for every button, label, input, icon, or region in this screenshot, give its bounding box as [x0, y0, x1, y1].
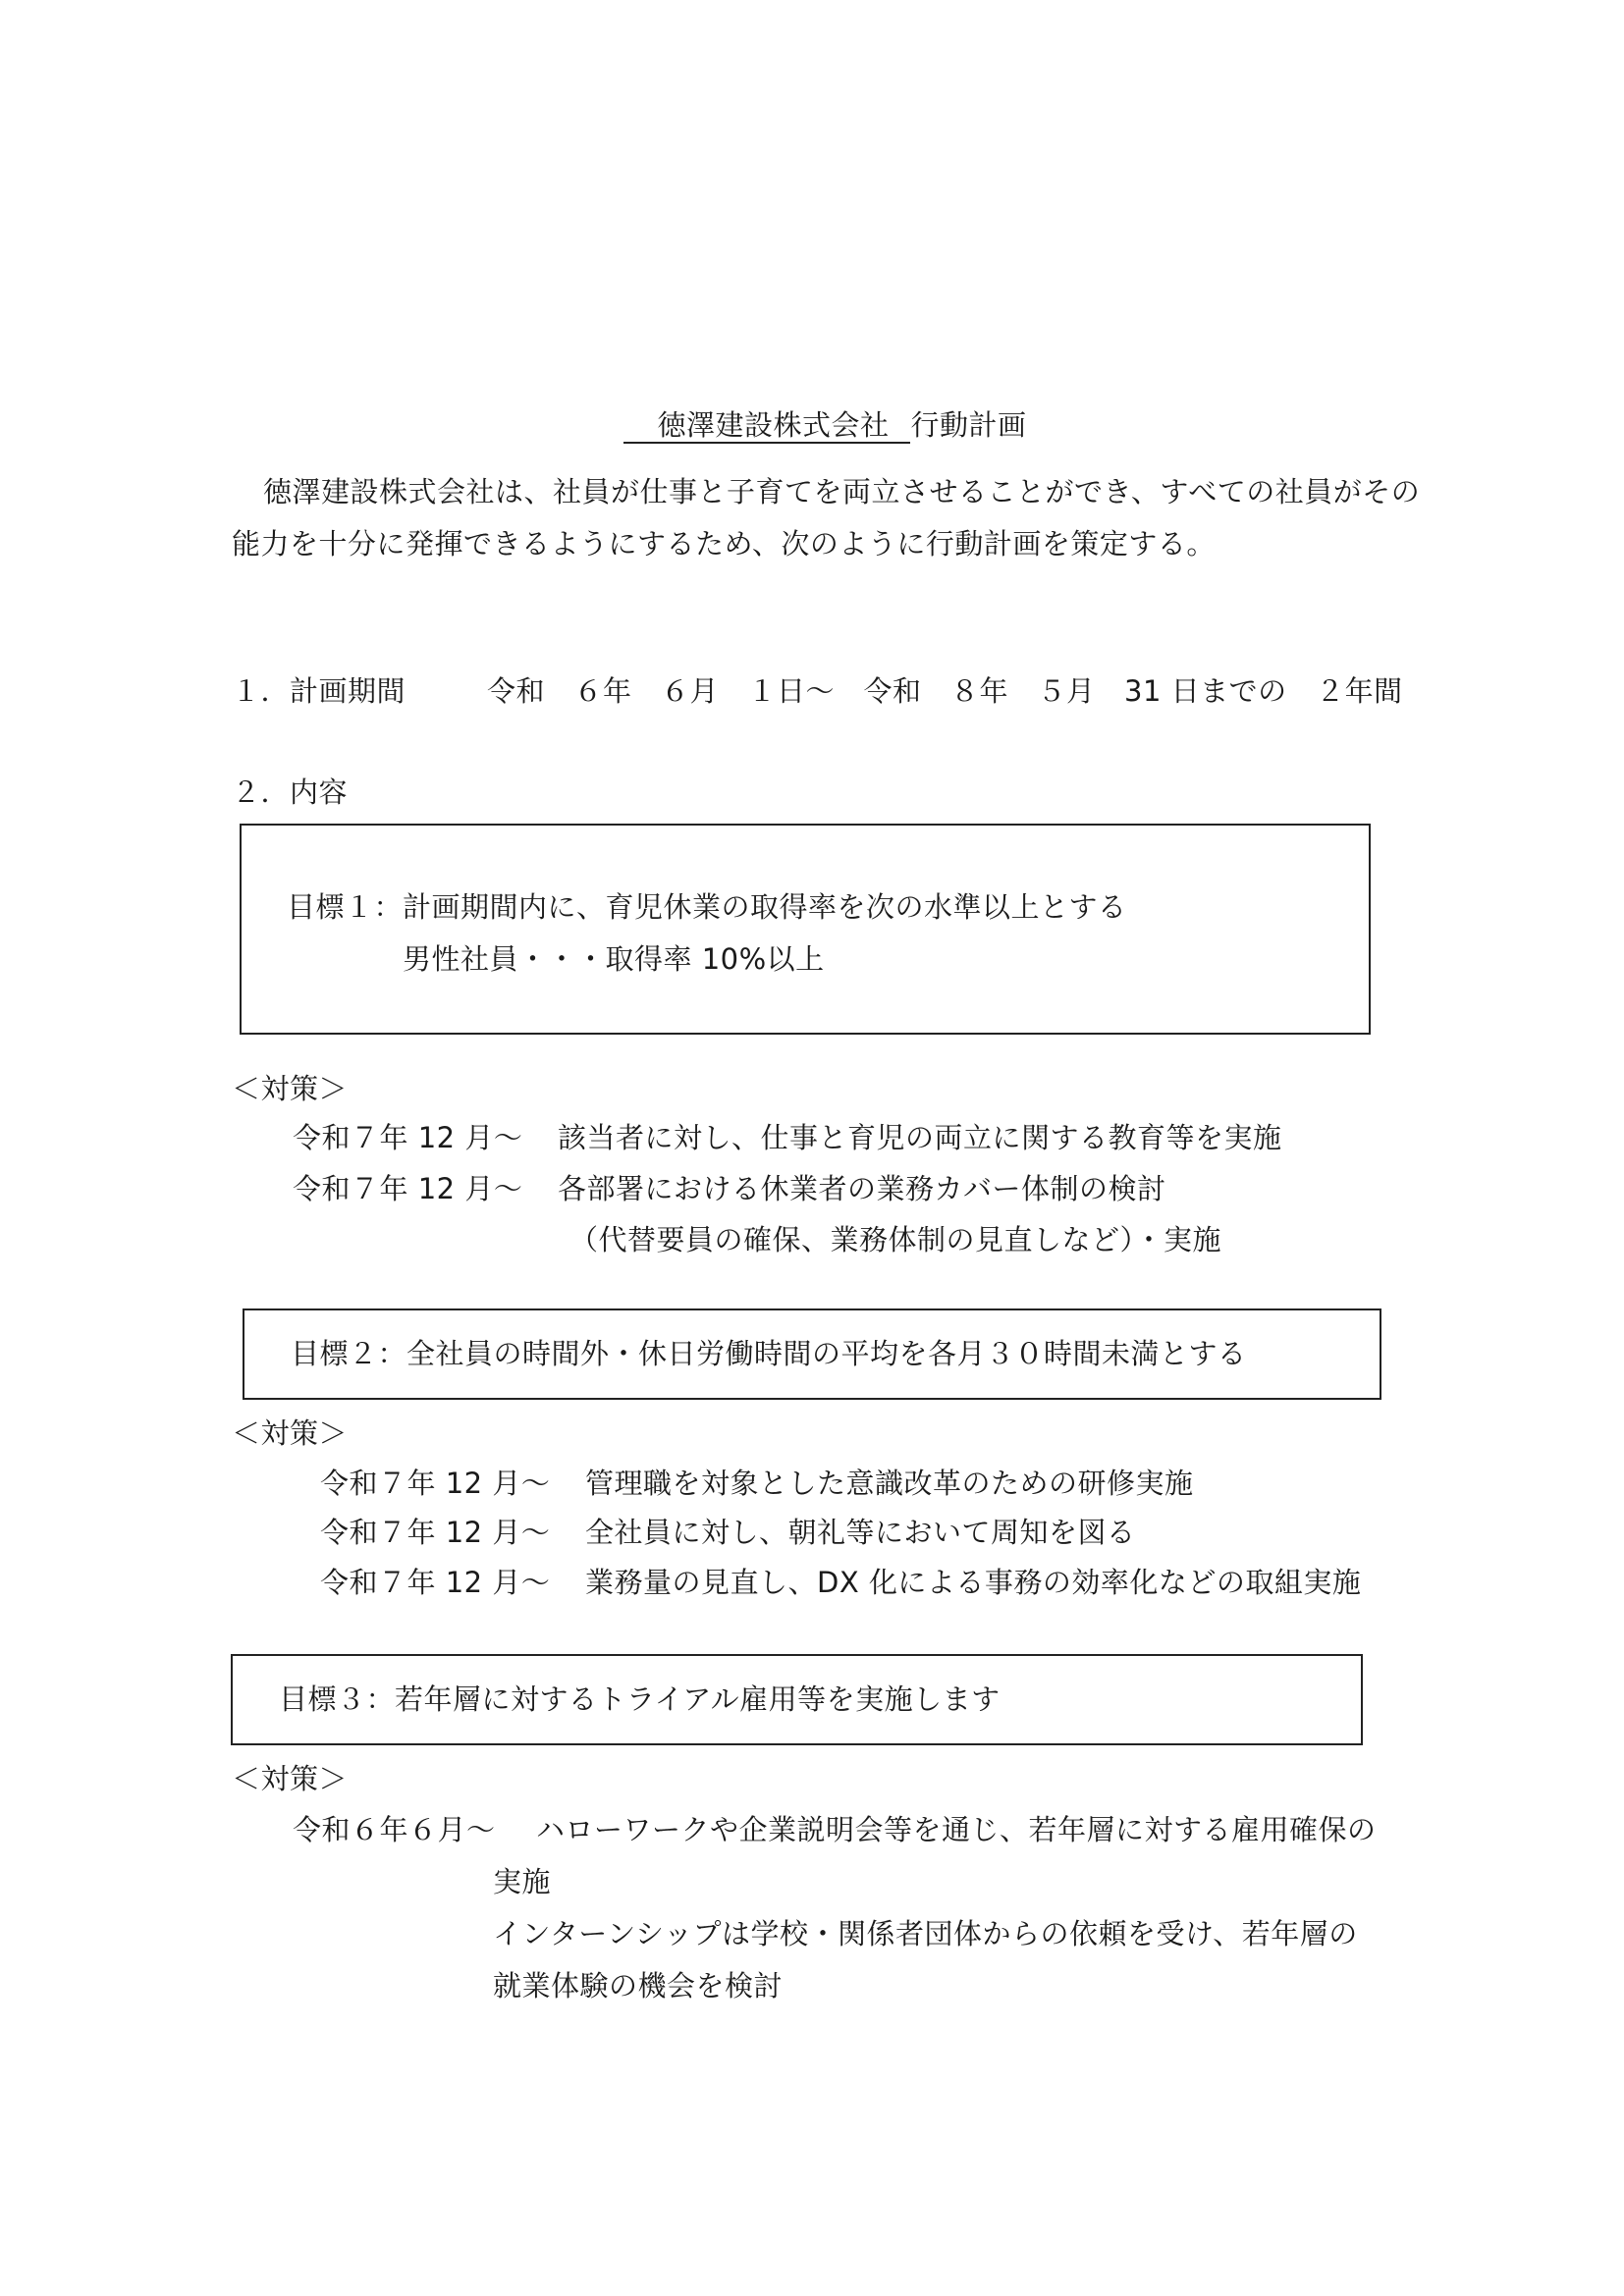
- company-name: 徳澤建設株式会社: [623, 408, 910, 444]
- goal-3-continuation-2: インターンシップは学校・関係者団体からの依頼を受け、若年層の: [493, 1917, 1358, 1950]
- section-1-label: １．計画期間: [232, 674, 406, 708]
- goal-1-detail: 男性社員・・・取得率 10%以上: [403, 942, 825, 976]
- goal-1-measure-2-text: 各部署における休業者の業務カバー体制の検討: [558, 1172, 1166, 1205]
- goal-2-measure-2-date: 令和７年 12 月～: [320, 1516, 550, 1549]
- goal-3-measure-1-date: 令和６年６月～: [293, 1813, 496, 1846]
- goal-1-measure-2-date: 令和７年 12 月～: [293, 1172, 522, 1205]
- goal-3-measures-label: ＜対策＞: [232, 1762, 348, 1795]
- title-suffix: 行動計画: [910, 408, 1026, 442]
- document-title: 徳澤建設株式会社行動計画: [605, 375, 1026, 442]
- section-2-label: ２．内容: [232, 775, 348, 809]
- goal-1-measures-label: ＜対策＞: [232, 1072, 348, 1105]
- goal-1-box: [240, 824, 1371, 1035]
- goal-2-measure-1-date: 令和７年 12 月～: [320, 1467, 550, 1500]
- goal-2-measure-2-text: 全社員に対し、朝礼等において周知を図る: [585, 1516, 1136, 1549]
- goal-2-measures-label: ＜対策＞: [232, 1416, 348, 1450]
- goal-1-measure-1-date: 令和７年 12 月～: [293, 1121, 522, 1154]
- goal-1-measure-2-continuation: （代替要員の確保、業務体制の見直しなど）・実施: [569, 1223, 1221, 1256]
- goal-1-title: 目標１：計画期間内に、育児休業の取得率を次の水準以上とする: [287, 890, 1127, 924]
- intro-line-2: 能力を十分に発揮できるようにするため、次のように行動計画を策定する。: [232, 527, 1216, 561]
- goal-2-title: 目標２：全社員の時間外・休日労働時間の平均を各月３０時間未満とする: [291, 1337, 1247, 1370]
- goal-2-measure-1-text: 管理職を対象とした意識改革のための研修実施: [585, 1467, 1194, 1500]
- plan-period: 令和 ６年 ６月 １日～ 令和 ８年 ５月 31 日までの ２年間: [487, 674, 1403, 708]
- goal-3-measure-1-text: ハローワークや企業説明会等を通じ、若年層に対する雇用確保の: [536, 1813, 1377, 1846]
- goal-2-measure-3-text: 業務量の見直し、DX 化による事務の効率化などの取組実施: [585, 1566, 1361, 1599]
- goal-3-title: 目標３：若年層に対するトライアル雇用等を実施します: [279, 1682, 1001, 1716]
- goal-2-measure-3-date: 令和７年 12 月～: [320, 1566, 550, 1599]
- intro-line-1: 徳澤建設株式会社は、社員が仕事と子育てを両立させることができ、すべての社員がその: [263, 475, 1420, 508]
- goal-1-measure-1-text: 該当者に対し、仕事と育児の両立に関する教育等を実施: [558, 1121, 1282, 1154]
- goal-3-continuation-3: 就業体験の機会を検討: [493, 1969, 783, 2002]
- goal-3-continuation-1: 実施: [493, 1865, 551, 1898]
